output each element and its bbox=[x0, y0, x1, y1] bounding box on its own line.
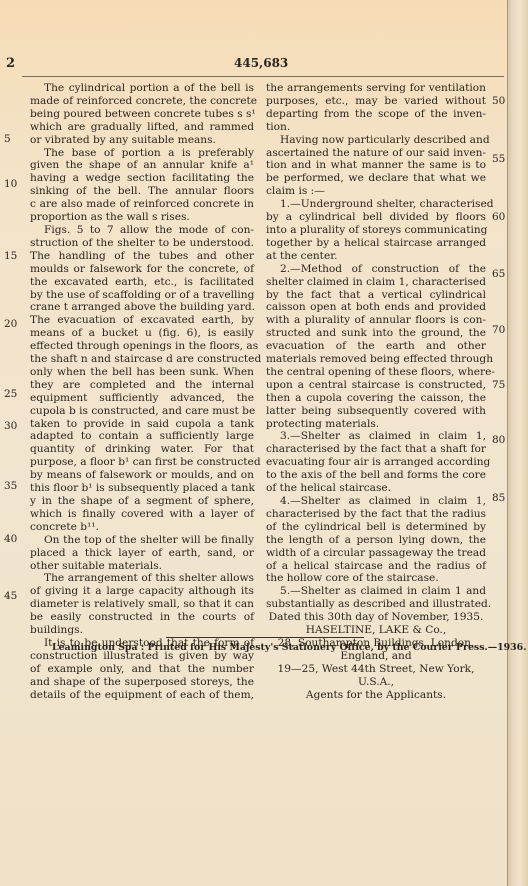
text-line: to the axis of the bell and forms the co… bbox=[266, 469, 486, 482]
page-header: 2 445,683 bbox=[0, 0, 508, 82]
text-line: latter being subsequently covered with bbox=[266, 405, 486, 418]
text-line: having a wedge section facilitating the bbox=[30, 172, 254, 185]
claim-1: 1.—Underground shelter, characterised bbox=[266, 198, 486, 211]
text-line: the shaft n and staircase d are construc… bbox=[30, 353, 254, 366]
text-line: placed a thick layer of earth, sand, or bbox=[30, 547, 254, 560]
footer-rule bbox=[166, 637, 364, 638]
text-line: by means of falsework or moulds, and on bbox=[30, 469, 254, 482]
left-column: The cylindrical portion a of the bell is… bbox=[30, 82, 254, 702]
printer-imprint: Leamington Spa : Printed for His Majesty… bbox=[52, 642, 482, 653]
line-number: 50 bbox=[492, 95, 505, 107]
signature-address: U.S.A., bbox=[266, 676, 486, 689]
text-line: the length of a person lying down, the bbox=[266, 534, 486, 547]
text-line: details of the equipment of each of them… bbox=[30, 689, 254, 702]
text-line: sinking of the bell. The annular floors bbox=[30, 185, 254, 198]
line-number: 60 bbox=[492, 211, 505, 223]
text-line: The arrangement of this shelter allows bbox=[30, 572, 254, 585]
text-line: being poured between concrete tubes s s¹ bbox=[30, 108, 254, 121]
text-line: On the top of the shelter will be finall… bbox=[30, 534, 254, 547]
text-line: at the center. bbox=[266, 250, 486, 263]
text-line: which is finally covered with a layer of bbox=[30, 508, 254, 521]
text-line: c are also made of reinforced concrete i… bbox=[30, 198, 254, 211]
text-line: crane t arranged above the building yard… bbox=[30, 301, 254, 314]
text-line: given the shape of an annular knife a¹ bbox=[30, 159, 254, 172]
line-number: 85 bbox=[492, 492, 505, 504]
text-line: together by a helical staircase arranged bbox=[266, 237, 486, 250]
line-number: 25 bbox=[4, 388, 17, 400]
text-line: of the helical staircase. bbox=[266, 482, 486, 495]
text-line: of example only, and that the number bbox=[30, 663, 254, 676]
text-line: diameter is relatively small, so that it… bbox=[30, 598, 254, 611]
text-line: or vibrated by any suitable means. bbox=[30, 134, 254, 147]
text-line: purpose, a floor b¹ can first be constru… bbox=[30, 456, 254, 469]
text-line: tion and in what manner the same is to bbox=[266, 159, 486, 172]
text-line: claim is :— bbox=[266, 185, 486, 198]
text-line: structed and sunk into the ground, the bbox=[266, 327, 486, 340]
text-line: ascertained the nature of our said inven… bbox=[266, 147, 486, 160]
claim-4: 4.—Shelter as claimed in claim 1, bbox=[266, 495, 486, 508]
text-line: quantity of drinking water. For that bbox=[30, 443, 254, 456]
line-number: 75 bbox=[492, 379, 505, 391]
text-line: Figs. 5 to 7 allow the mode of con- bbox=[30, 224, 254, 237]
text-line: moulds or falsework for the concrete, of bbox=[30, 263, 254, 276]
text-line: of the cylindrical bell is determined by bbox=[266, 521, 486, 534]
text-line: characterised by the fact that a shaft f… bbox=[266, 443, 486, 456]
text-line: into a plurality of storeys communicatin… bbox=[266, 224, 486, 237]
text-line: the excavated earth, etc., is facilitate… bbox=[30, 276, 254, 289]
text-line: struction of the shelter to be understoo… bbox=[30, 237, 254, 250]
right-column: the arrangements serving for ventilation… bbox=[266, 82, 486, 702]
text-line: evacuating four air is arranged accordin… bbox=[266, 456, 486, 469]
text-line: adapted to contain a sufficiently large bbox=[30, 430, 254, 443]
line-number: 10 bbox=[4, 178, 17, 190]
text-line: by the fact that a vertical cylindrical bbox=[266, 289, 486, 302]
line-number: 30 bbox=[4, 420, 17, 432]
line-number: 65 bbox=[492, 268, 505, 280]
text-line: upon a central staircase is constructed, bbox=[266, 379, 486, 392]
text-line: be performed, we declare that what we bbox=[266, 172, 486, 185]
header-rule bbox=[22, 76, 504, 77]
text-line: shelter claimed in claim 1, characterise… bbox=[266, 276, 486, 289]
text-line: and shape of the superposed storeys, the bbox=[30, 676, 254, 689]
text-line: by a cylindrical bell divided by floors bbox=[266, 211, 486, 224]
text-line: The cylindrical portion a of the bell is bbox=[30, 82, 254, 95]
claim-5: 5.—Shelter as claimed in claim 1 and bbox=[266, 585, 486, 598]
claim-2: 2.—Method of construction of the bbox=[266, 263, 486, 276]
text-line: concrete b¹¹. bbox=[30, 521, 254, 534]
signature-date: Dated this 30th day of November, 1935. bbox=[266, 611, 486, 624]
text-line: substantially as described and illustrat… bbox=[266, 598, 486, 611]
text-line: The evacuation of excavated earth, by bbox=[30, 314, 254, 327]
text-line: the arrangements serving for ventilation bbox=[266, 82, 486, 95]
text-line: means of a bucket u (fig. 6), is easily bbox=[30, 327, 254, 340]
text-line: by the use of scaffolding or of a travel… bbox=[30, 289, 254, 302]
line-number: 15 bbox=[4, 250, 17, 262]
text-line: proportion as the wall s rises. bbox=[30, 211, 254, 224]
text-line: equipment sufficiently advanced, the bbox=[30, 392, 254, 405]
text-line: only when the bell has been sunk. When bbox=[30, 366, 254, 379]
text-line: taken to provide in said cupola a tank bbox=[30, 418, 254, 431]
line-number: 70 bbox=[492, 324, 505, 336]
signature-address: 19—25, West 44th Street, New York, bbox=[266, 663, 486, 676]
text-line: this floor b¹ is subsequently placed a t… bbox=[30, 482, 254, 495]
text-line: they are completed and the internal bbox=[30, 379, 254, 392]
text-line: tion. bbox=[266, 121, 486, 134]
text-line: of a helical staircase and the radius of bbox=[266, 560, 486, 573]
text-line: y in the shape of a segment of sphere, bbox=[30, 495, 254, 508]
line-number: 55 bbox=[492, 153, 505, 165]
text-line: with a plurality of annular floors is co… bbox=[266, 314, 486, 327]
line-number: 5 bbox=[4, 133, 11, 145]
text-line: buildings. bbox=[30, 624, 254, 637]
text-line: purposes, etc., may be varied without bbox=[266, 95, 486, 108]
line-number: 40 bbox=[4, 533, 17, 545]
page-edge bbox=[507, 0, 528, 886]
claim-3: 3.—Shelter as claimed in claim 1, bbox=[266, 430, 486, 443]
patent-number: 445,683 bbox=[234, 56, 288, 70]
text-line: Having now particularly described and bbox=[266, 134, 486, 147]
line-number: 45 bbox=[4, 590, 17, 602]
signature-role: Agents for the Applicants. bbox=[266, 689, 486, 702]
text-line: which are gradually lifted, and rammed bbox=[30, 121, 254, 134]
text-line: be easily constructed in the courts of bbox=[30, 611, 254, 624]
text-line: materials removed being effected through bbox=[266, 353, 486, 366]
text-line: The base of portion a is preferably bbox=[30, 147, 254, 160]
text-line: departing from the scope of the inven- bbox=[266, 108, 486, 121]
text-line: the central opening of these floors, whe… bbox=[266, 366, 486, 379]
line-number: 80 bbox=[492, 434, 505, 446]
text-line: caisson open at both ends and provided bbox=[266, 301, 486, 314]
text-line: the hollow core of the staircase. bbox=[266, 572, 486, 585]
text-line: protecting materials. bbox=[266, 418, 486, 431]
signature-firm: HASELTINE, LAKE & Co., bbox=[266, 624, 486, 637]
text-line: made of reinforced concrete, the concret… bbox=[30, 95, 254, 108]
text-line: characterised by the fact that the radiu… bbox=[266, 508, 486, 521]
text-line: effected through openings in the floors,… bbox=[30, 340, 254, 353]
text-line: other suitable materials. bbox=[30, 560, 254, 573]
text-line: of giving it a large capacity although i… bbox=[30, 585, 254, 598]
line-number: 20 bbox=[4, 318, 17, 330]
page-number: 2 bbox=[6, 56, 15, 71]
text-line: cupola b is constructed, and care must b… bbox=[30, 405, 254, 418]
text-line: evacuation of the earth and other bbox=[266, 340, 486, 353]
text-line: width of a circular passageway the tread bbox=[266, 547, 486, 560]
text-line: then a cupola covering the caisson, the bbox=[266, 392, 486, 405]
line-number: 35 bbox=[4, 480, 17, 492]
text-line: The handling of the tubes and other bbox=[30, 250, 254, 263]
